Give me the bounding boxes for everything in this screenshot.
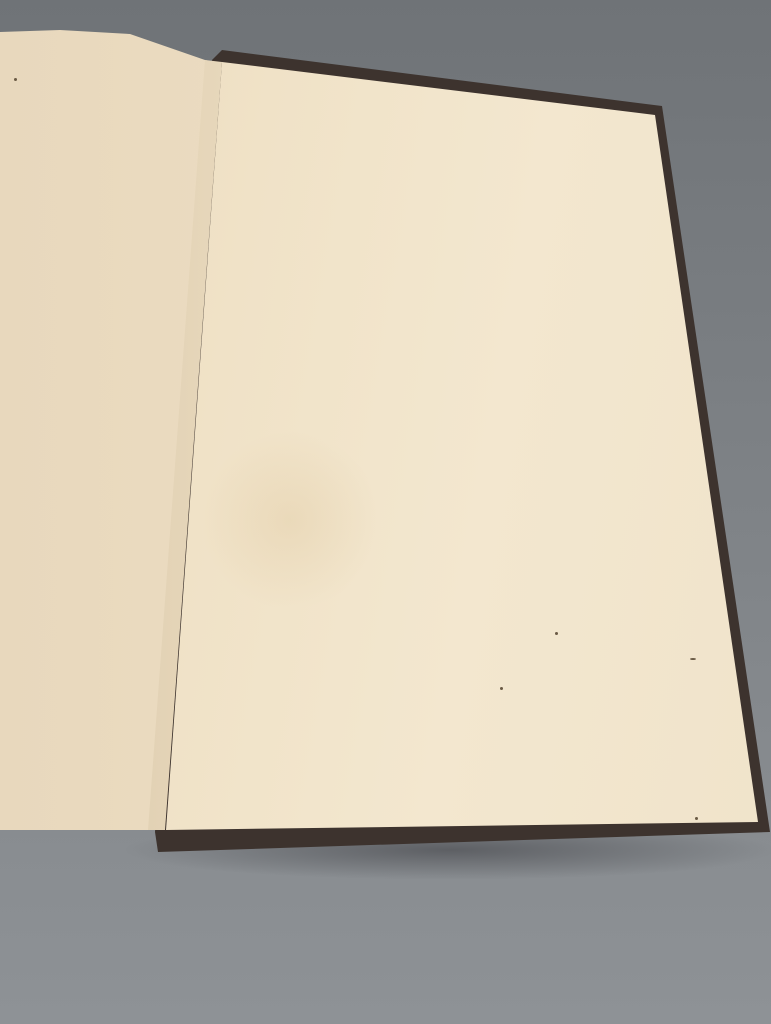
paper-speck (695, 817, 698, 820)
paper-speck (14, 78, 17, 81)
paper-speck (555, 632, 558, 635)
paper-speck (690, 658, 696, 660)
paper-speck (500, 687, 503, 690)
foxing-stain (200, 430, 380, 610)
photo-scene (0, 0, 771, 1024)
